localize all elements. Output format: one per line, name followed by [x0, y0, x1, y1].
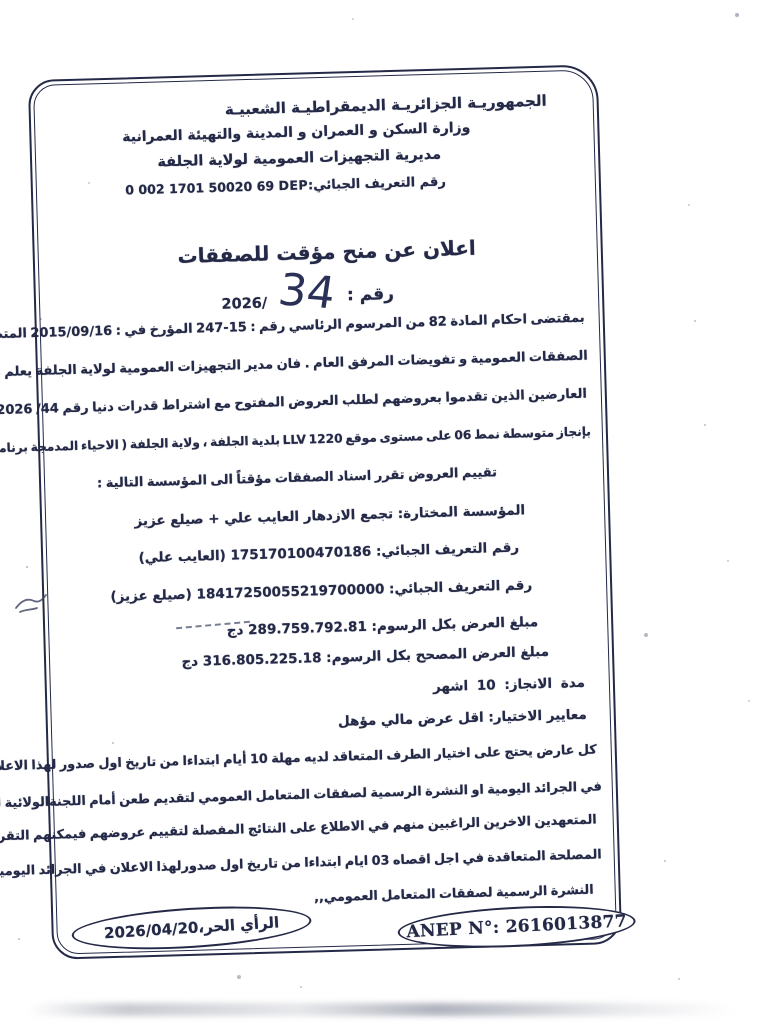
- appeal-line: النشرة الرسمية لصفقات المتعامل العمومي,,: [314, 883, 594, 906]
- appeal-line: المتعهدين الاخرين الراغبين منهم في الاطل…: [0, 813, 597, 846]
- intro-line: الصفقات العمومية و تفويضات المرفق العام …: [0, 349, 588, 382]
- newspaper-date-text: الرأي الحر،2026/04/20: [104, 913, 280, 942]
- corrected-offer-amount-line: مبلغ العرض المصحح بكل الرسوم: 316.805.22…: [181, 644, 549, 670]
- number-label: رقم :: [347, 283, 395, 304]
- intro-line: بإنجاز متوسطة نمط 06 على مستوى موقع LLV …: [0, 425, 591, 458]
- newspaper-date-stamp: الرأي الحر،2026/04/20: [71, 900, 313, 955]
- scan-noise-specks: [0, 0, 2, 2]
- tax-id-label: رقم التعريف الجبائي:: [308, 175, 446, 194]
- chosen-company-line: المؤسسة المختارة: تجمع الازدهار العايب ع…: [134, 502, 525, 529]
- selection-criteria-line: معايير الاختيار: اقل عرض مالي مؤهل: [338, 707, 587, 730]
- tax-id-line-2: رقم التعريف الجبائي: 1841725005521970000…: [110, 577, 532, 605]
- header-country-line: الجمهوريـة الجزائريـة الديمقراطيـة الشعب…: [225, 92, 547, 119]
- header-ministry-line: وزارة السكن و العمران و المدينة والتهيئة…: [122, 120, 471, 146]
- scan-edge-smudge: [28, 1003, 734, 1016]
- announcement-number-row: رقم : 34 /2026: [221, 268, 395, 324]
- appeal-line: في الجرائد اليومية او النشرة الرسمية لصف…: [0, 779, 602, 813]
- appeal-line: المصلحة المتعاقدة في اجل اقصاه 03 ايام ا…: [0, 847, 602, 879]
- margin-scribble-mark: [12, 586, 54, 618]
- appeal-line: كل عارض يحتج على اختيار الطرف المتعاقد ل…: [0, 743, 597, 775]
- scanned-document-page: الجمهوريـة الجزائريـة الديمقراطيـة الشعب…: [0, 0, 767, 1024]
- number-year: /2026: [221, 295, 267, 312]
- offer-amount-line: مبلغ العرض بكل الرسوم: 289.759.792.81 دج: [227, 614, 539, 639]
- header-tax-id-line: رقم التعريف الجبائي:0 002 1701 50020 69 …: [125, 174, 446, 199]
- document-border-frame: الجمهوريـة الجزائريـة الديمقراطيـة الشعب…: [28, 64, 622, 960]
- announcement-title: اعلان عن منح مؤقت للصفقات: [177, 236, 476, 268]
- anep-number-text: ANEP N°: 2616013877: [406, 911, 627, 942]
- header-directorate-line: مديرية التجهيزات العمومية لولاية الجلفة: [157, 147, 441, 171]
- tax-id-value: 0 002 1701 50020 69 DEP: [125, 177, 308, 197]
- handwritten-number: 34: [275, 264, 338, 319]
- intro-line: العارضين الذين تقدموا بعروضهم لطلب العرو…: [0, 387, 587, 420]
- anep-number-stamp: ANEP N°: 2616013877: [397, 901, 637, 953]
- tax-id-line-1: رقم التعريف الجبائي: 175170100470186 (ال…: [138, 540, 519, 567]
- completion-period-line: مدة الانجاز: 10 اشهر: [433, 675, 585, 695]
- intro-line: تقييم العروض تقرر اسناد الصفقات مؤقتاً ا…: [97, 465, 497, 491]
